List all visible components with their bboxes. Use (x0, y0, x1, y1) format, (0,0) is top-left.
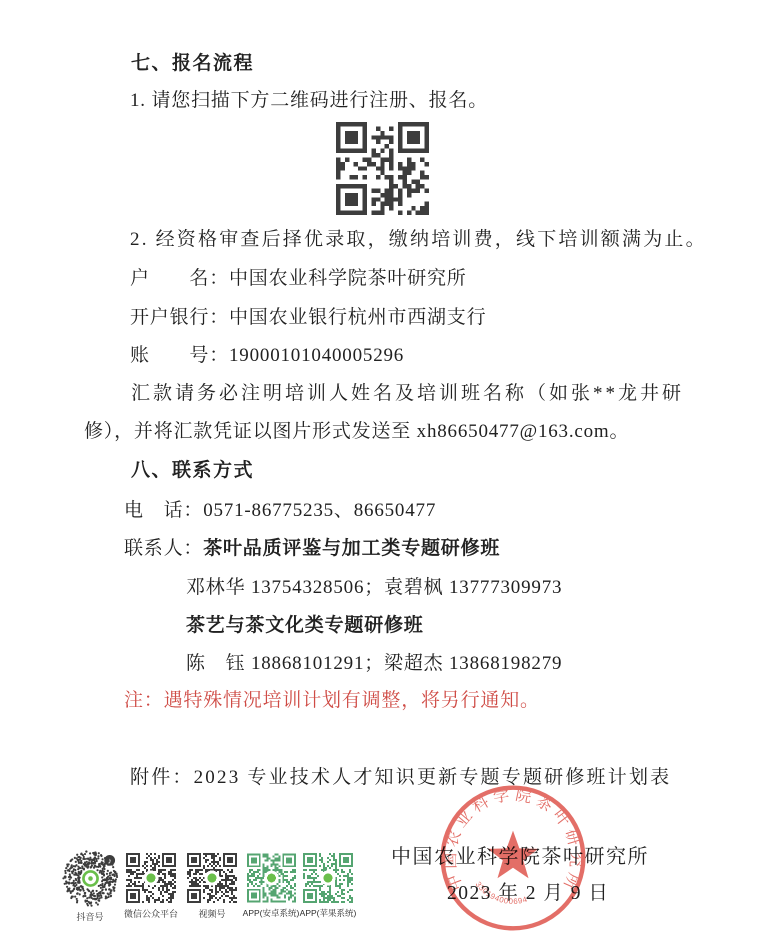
class-1-name: 茶叶品质评鉴与加工类专题研修班 (203, 538, 500, 559)
account-number-line: 账 号：19000101040005296 (130, 344, 404, 367)
app-android-qr-image (247, 852, 296, 904)
note-line: 注：遇特殊情况培训计划有调整，将另行通知。 (124, 689, 540, 712)
section-7-heading: 七、报名流程 (131, 52, 254, 75)
qr-caption-douyin: 抖音号 (59, 910, 121, 923)
stamp-serial: 330194000694 (474, 880, 529, 906)
qr-caption-video: 视频号 (180, 907, 244, 920)
video-channel-qr: 视频号 (180, 852, 244, 920)
section-8-heading: 八、联系方式 (131, 459, 254, 482)
contact-line: 联系人：茶叶品质评鉴与加工类专题研修班 (124, 537, 500, 560)
douyin-qr-image: ♪ (62, 850, 119, 907)
class-2-name: 茶艺与茶文化类专题研修班 (186, 614, 424, 637)
contact-1-line: 邓林华 13754328506；袁碧枫 13777309973 (186, 576, 562, 599)
wechat-qr-image (126, 852, 176, 904)
wechat-qr: 微信公众平台 (119, 852, 183, 920)
video-channel-qr-image (187, 852, 237, 904)
registration-qr-code (336, 122, 429, 215)
svg-text:♪: ♪ (107, 856, 111, 865)
app-ios-qr-image (303, 852, 353, 904)
contact-2-line: 陈 钰 18868101291；梁超杰 13868198279 (186, 652, 562, 675)
official-seal-stamp: 中国农业科学院茶叶研究所 330194000694 (430, 775, 596, 940)
phone-line: 电 话：0571-86775235、86650477 (124, 499, 436, 522)
app-ios-qr: APP(苹果系统) (293, 852, 363, 919)
qr-caption-ios: APP(苹果系统) (293, 907, 363, 919)
contact-label: 联系人： (124, 538, 203, 559)
qr-caption-wechat: 微信公众平台 (119, 907, 183, 920)
bank-line: 开户银行：中国农业银行杭州市西湖支行 (130, 306, 486, 329)
douyin-qr: ♪ 抖音号 (59, 850, 121, 923)
document-page: 七、报名流程 1. 请您扫描下方二维码进行注册、报名。 2. 经资格审查后择优录… (0, 0, 781, 940)
remittance-line-2: 修），并将汇款凭证以图片形式发送至 xh86650477@163.com。 (84, 420, 629, 443)
remittance-line-1: 汇款请务必注明培训人姓名及培训班名称（如张**龙井研 (131, 382, 684, 405)
account-name-line: 户 名：中国农业科学院茶叶研究所 (130, 267, 467, 290)
step-2-line: 2. 经资格审查后择优录取，缴纳培训费，线下培训额满为止。 (130, 228, 707, 251)
step-1-line: 1. 请您扫描下方二维码进行注册、报名。 (130, 89, 488, 112)
star-icon (488, 831, 538, 879)
